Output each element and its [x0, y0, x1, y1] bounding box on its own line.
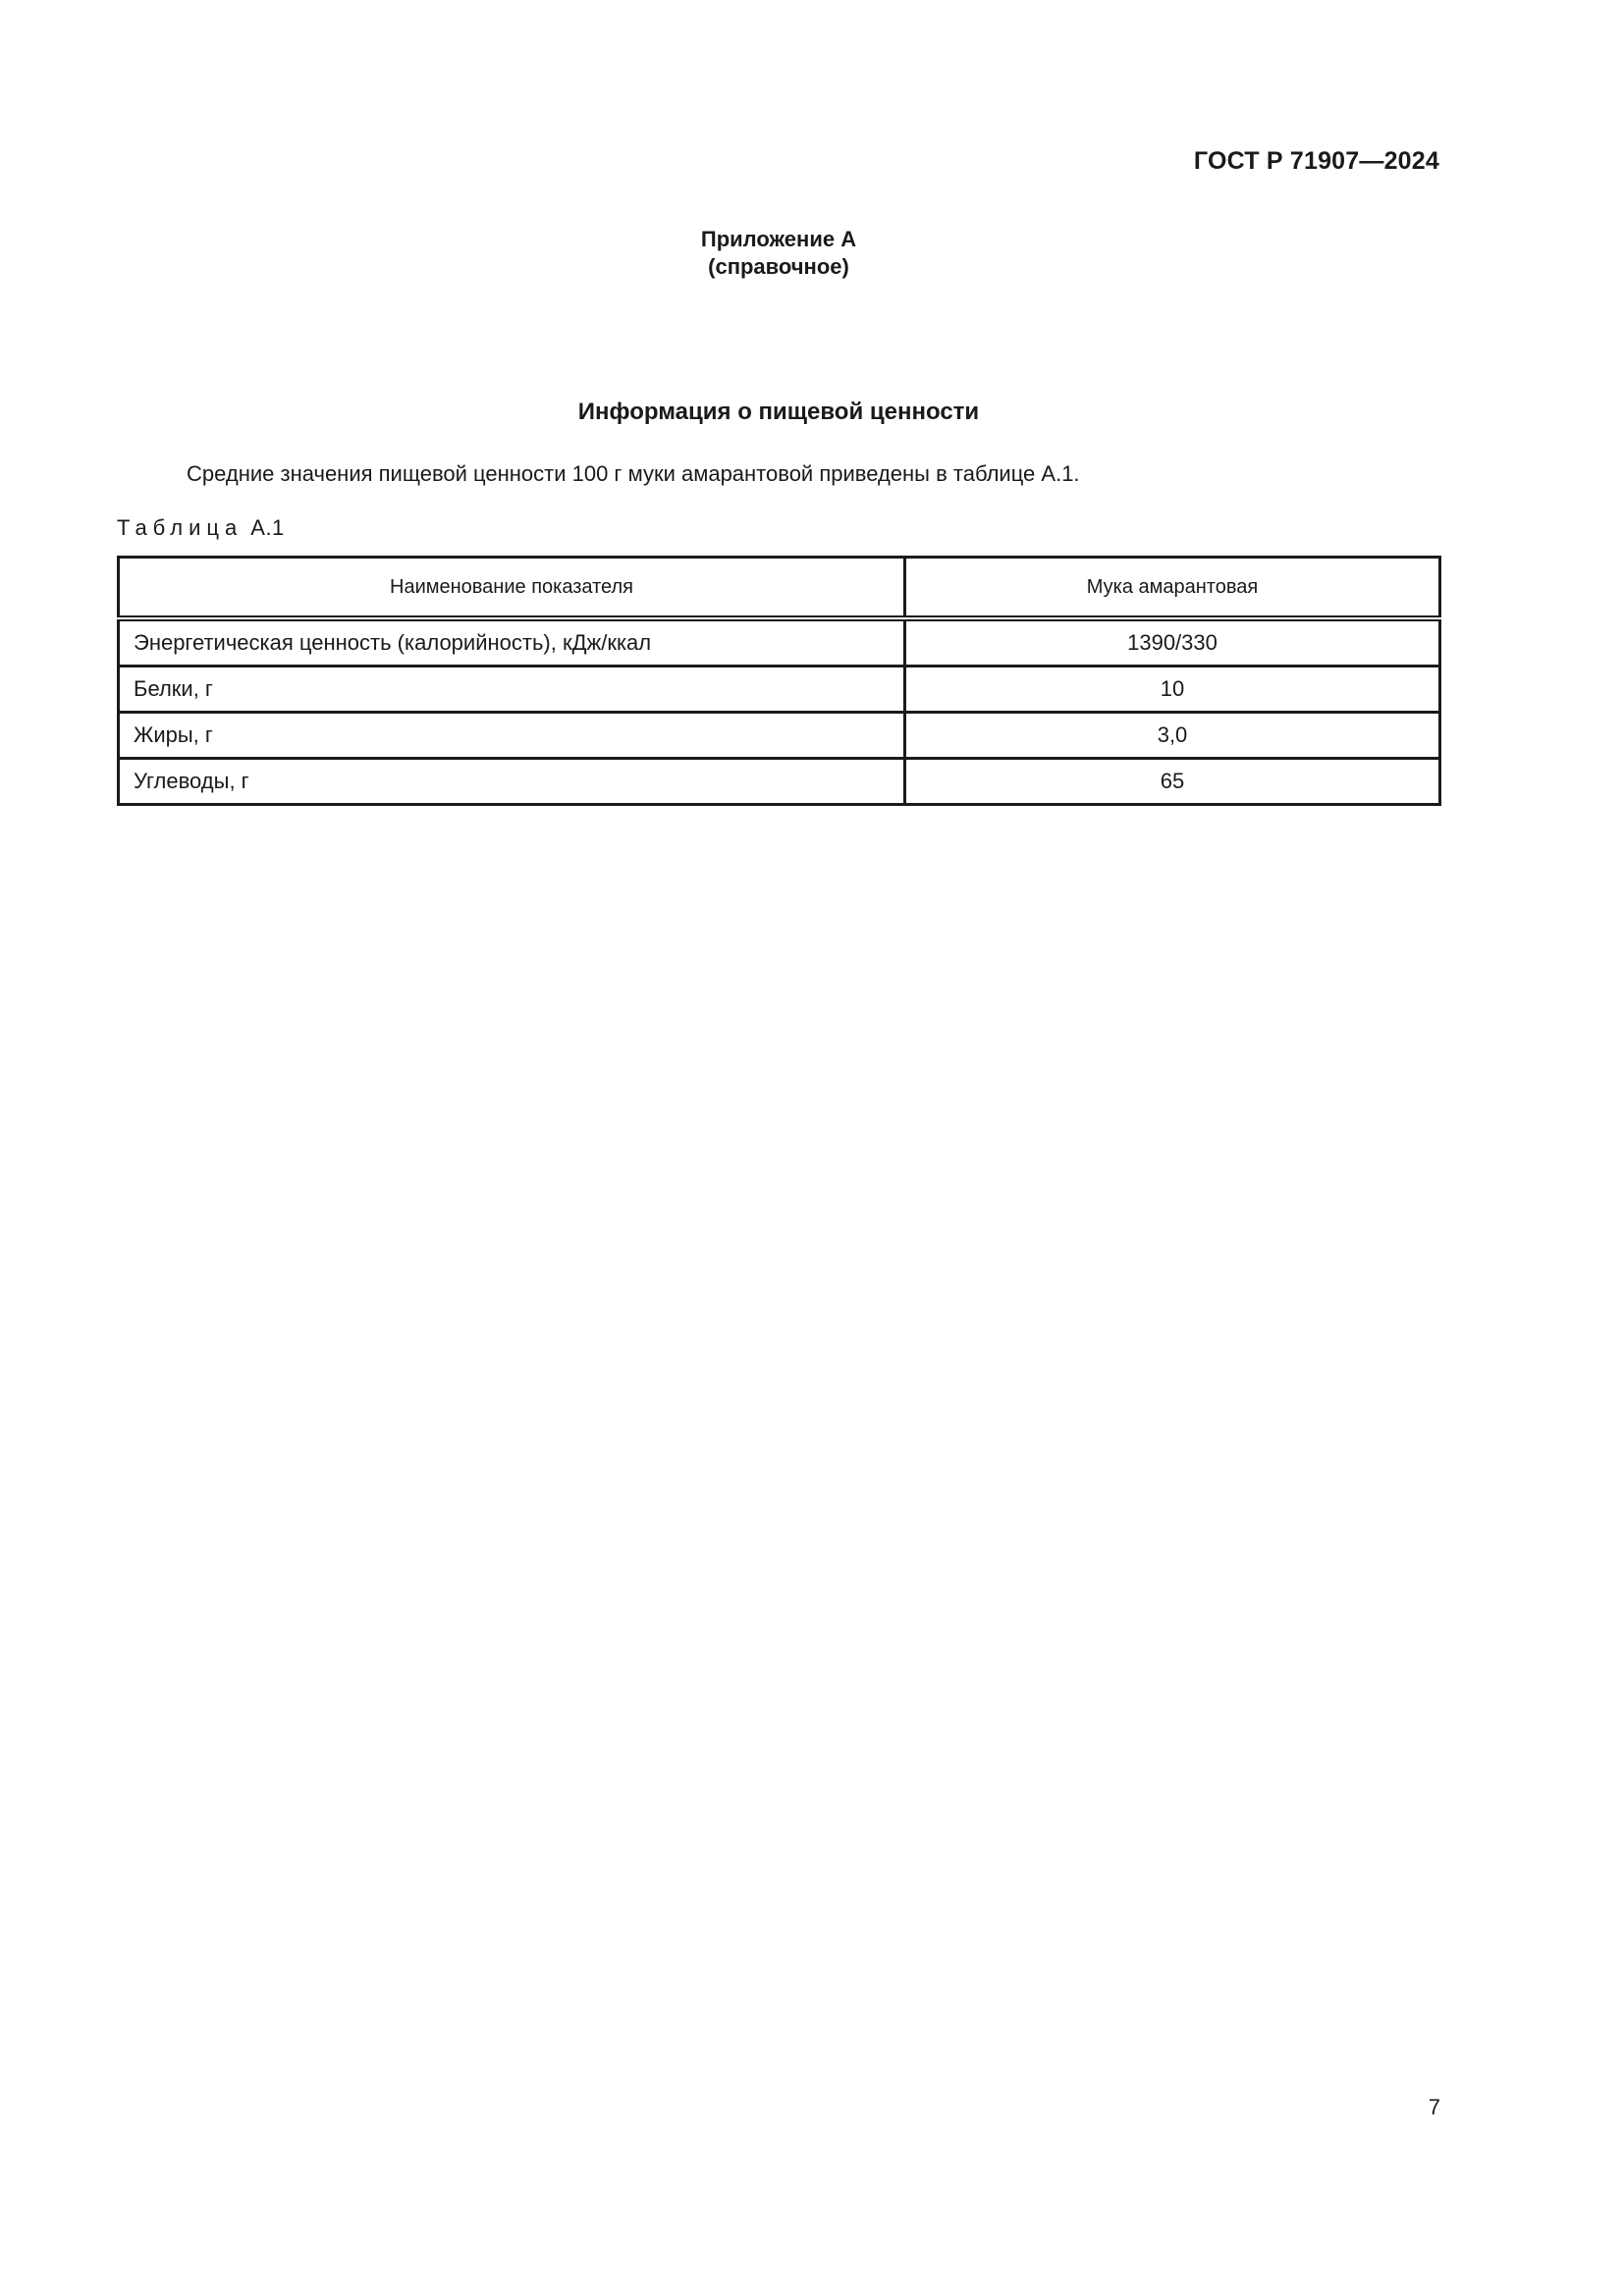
document-code: ГОСТ Р 71907—2024 [1194, 147, 1439, 176]
row-name: Жиры, г [119, 713, 905, 759]
table-caption-number: А.1 [250, 515, 285, 540]
table-row: Энергетическая ценность (калорийность), … [119, 618, 1440, 667]
column-header-product: Мука амарантовая [905, 558, 1440, 619]
row-value: 65 [905, 759, 1440, 805]
table-header-row: Наименование показателя Мука амарантовая [119, 558, 1440, 619]
row-value: 10 [905, 667, 1440, 713]
table-row: Углеводы, г 65 [119, 759, 1440, 805]
appendix-heading: Приложение А (справочное) [0, 226, 1557, 281]
row-value: 1390/330 [905, 618, 1440, 667]
table-caption: ТаблицаА.1 [117, 515, 285, 541]
row-name: Белки, г [119, 667, 905, 713]
table-row: Белки, г 10 [119, 667, 1440, 713]
table-row: Жиры, г 3,0 [119, 713, 1440, 759]
column-header-indicator: Наименование показателя [119, 558, 905, 619]
table-caption-label: Таблица [117, 515, 243, 540]
intro-paragraph: Средние значения пищевой ценности 100 г … [187, 461, 1080, 487]
row-value: 3,0 [905, 713, 1440, 759]
nutrition-table: Наименование показателя Мука амарантовая… [117, 556, 1441, 806]
row-name: Энергетическая ценность (калорийность), … [119, 618, 905, 667]
appendix-title: Приложение А [0, 226, 1557, 253]
row-name: Углеводы, г [119, 759, 905, 805]
section-title: Информация о пищевой ценности [0, 399, 1557, 426]
appendix-status: (справочное) [0, 253, 1557, 281]
page-number: 7 [1429, 2095, 1440, 2120]
